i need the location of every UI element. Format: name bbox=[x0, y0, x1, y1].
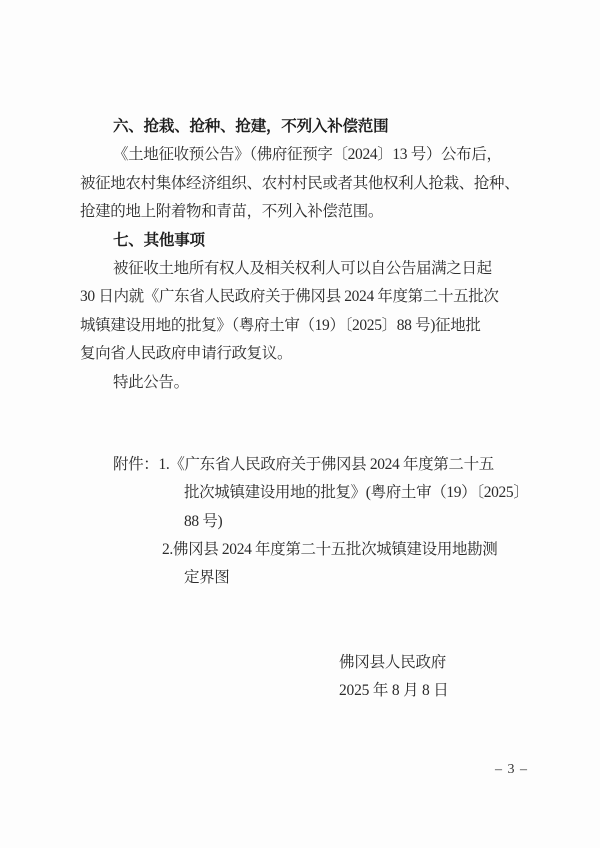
signature-block: 佛冈县人民政府 2025 年 8 月 8 日 bbox=[339, 649, 449, 706]
attachment-line: 批次城镇建设用地的批复》(粤府土审（19）〔2025〕 bbox=[80, 479, 528, 507]
section-seven-heading: 七、其他事项 bbox=[80, 227, 528, 255]
document-page: 六、抢栽、抢种、抢建，不列入补偿范围 《土地征收预公告》（佛府征预字〔2024〕… bbox=[0, 0, 600, 848]
attachment-line: 附件：1.《广东省人民政府关于佛冈县 2024 年度第二十五 bbox=[80, 451, 528, 479]
attachment-line: 2.佛冈县 2024 年度第二十五批次城镇建设用地勘测 bbox=[80, 536, 528, 564]
section-six-paragraph-line: 抢建的地上附着物和青苗，不列入补偿范围。 bbox=[80, 198, 528, 226]
section-seven-paragraph-line: 城镇建设用地的批复》（粤府土审（19）〔2025〕88 号)征地批 bbox=[80, 312, 528, 340]
signature-date: 2025 年 8 月 8 日 bbox=[339, 677, 449, 705]
signature-issuer: 佛冈县人民政府 bbox=[339, 649, 449, 677]
section-six-paragraph-line: 《土地征收预公告》（佛府征预字〔2024〕13 号）公布后， bbox=[80, 141, 528, 169]
section-six-heading: 六、抢栽、抢种、抢建，不列入补偿范围 bbox=[80, 113, 528, 141]
section-six-paragraph-line: 被征地农村集体经济组织、农村村民或者其他权利人抢栽、抢种、 bbox=[80, 170, 528, 198]
section-seven-paragraph-line: 被征收土地所有权人及相关权利人可以自公告届满之日起 bbox=[80, 255, 528, 283]
attachment-list: 附件：1.《广东省人民政府关于佛冈县 2024 年度第二十五 批次城镇建设用地的… bbox=[80, 451, 528, 593]
attachment-line: 88 号) bbox=[80, 508, 528, 536]
document-body: 六、抢栽、抢种、抢建，不列入补偿范围 《土地征收预公告》（佛府征预字〔2024〕… bbox=[80, 113, 528, 593]
section-seven-paragraph-line: 30 日内就《广东省人民政府关于佛冈县 2024 年度第二十五批次 bbox=[80, 283, 528, 311]
page-number: – 3 – bbox=[495, 762, 528, 778]
attachment-line: 定界图 bbox=[80, 564, 528, 592]
closing-statement: 特此公告。 bbox=[80, 369, 528, 397]
section-seven-paragraph-line: 复向省人民政府申请行政复议。 bbox=[80, 340, 528, 368]
